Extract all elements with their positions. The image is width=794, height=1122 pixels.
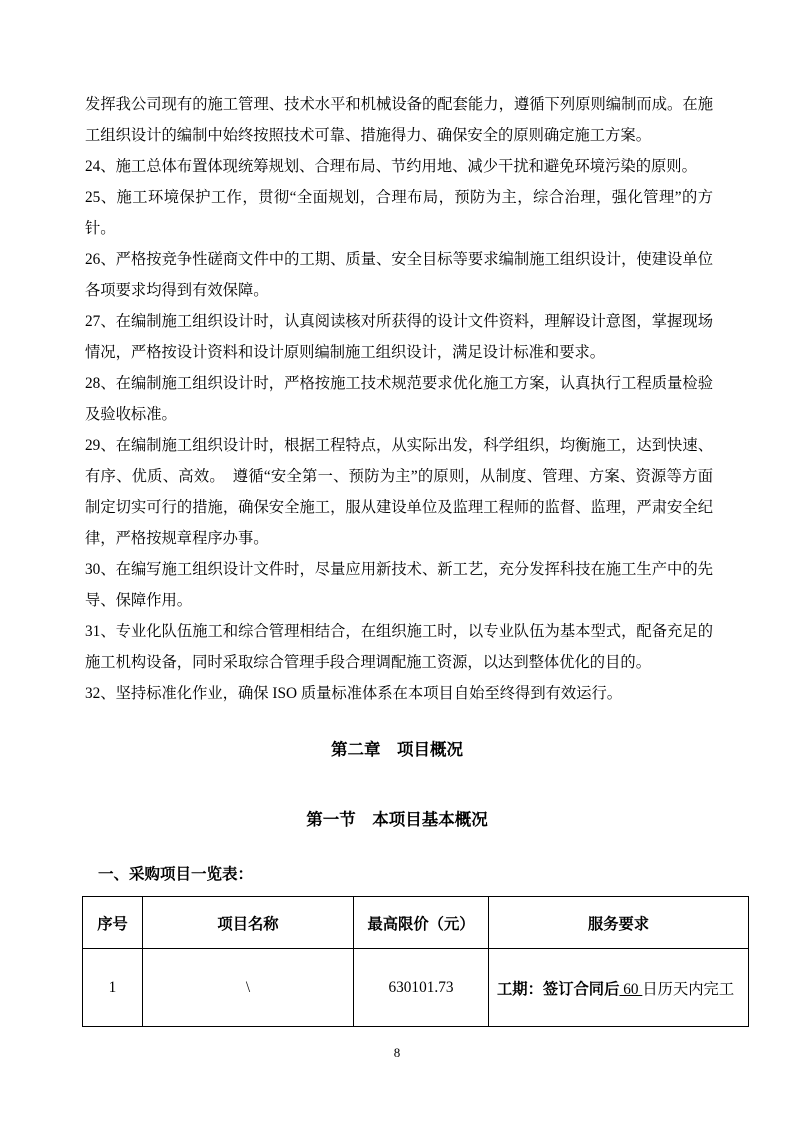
cell-service-requirement: 工期：签订合同后 60 日历天内完工 — [489, 949, 749, 1027]
paragraph: 发挥我公司现有的施工管理、技术水平和机械设备的配套能力，遵循下列原则编制而成。在… — [85, 89, 713, 151]
list-label: 一、采购项目一览表： — [98, 863, 253, 887]
procurement-table: 序号 项目名称 最高限价（元） 服务要求 1 \ 630101.73 工期：签订… — [82, 896, 749, 1027]
header-project-name: 项目名称 — [143, 897, 354, 949]
paragraph: 28、在编制施工组织设计时，严格按施工技术规范要求优化施工方案，认真执行工程质量… — [85, 368, 713, 430]
service-duration-rest: 日历天内完工 — [642, 981, 734, 998]
header-max-price: 最高限价（元） — [354, 897, 489, 949]
paragraph: 25、施工环境保护工作，贯彻“全面规划，合理布局，预防为主，综合治理，强化管理”… — [85, 182, 713, 244]
document-page: 发挥我公司现有的施工管理、技术水平和机械设备的配套能力，遵循下列原则编制而成。在… — [0, 0, 794, 1122]
paragraph: 26、严格按竞争性磋商文件中的工期、质量、安全目标等要求编制施工组织设计，使建设… — [85, 244, 713, 306]
paragraph: 24、施工总体布置体现统筹规划、合理布局、节约用地、减少干扰和避免环境污染的原则… — [85, 151, 713, 182]
table-header-row: 序号 项目名称 最高限价（元） 服务要求 — [83, 897, 749, 949]
paragraph: 29、在编制施工组织设计时，根据工程特点，从实际出发，科学组织，均衡施工，达到快… — [85, 430, 713, 554]
header-service-requirement: 服务要求 — [489, 897, 749, 949]
paragraph: 31、专业化队伍施工和综合管理相结合，在组织施工时，以专业队伍为基本型式，配备充… — [85, 616, 713, 678]
paragraph: 27、在编制施工组织设计时，认真阅读核对所获得的设计文件资料，理解设计意图，掌握… — [85, 306, 713, 368]
section-heading: 第一节 本项目基本概况 — [0, 808, 794, 832]
header-seq: 序号 — [83, 897, 143, 949]
table-row: 1 \ 630101.73 工期：签订合同后 60 日历天内完工 — [83, 949, 749, 1027]
cell-project-name: \ — [143, 949, 354, 1027]
service-days-value: 60 — [619, 981, 642, 998]
cell-max-price: 630101.73 — [354, 949, 489, 1027]
page-number: 8 — [0, 1045, 794, 1061]
body-text-block: 发挥我公司现有的施工管理、技术水平和机械设备的配套能力，遵循下列原则编制而成。在… — [85, 89, 713, 709]
paragraph: 32、坚持标准化作业，确保 ISO 质量标准体系在本项目自始至终得到有效运行。 — [85, 678, 713, 709]
chapter-heading: 第二章 项目概况 — [0, 738, 794, 762]
service-duration-label: 工期：签订合同后 — [497, 981, 619, 998]
paragraph: 30、在编写施工组织设计文件时，尽量应用新技术、新工艺，充分发挥科技在施工生产中… — [85, 554, 713, 616]
cell-seq: 1 — [83, 949, 143, 1027]
